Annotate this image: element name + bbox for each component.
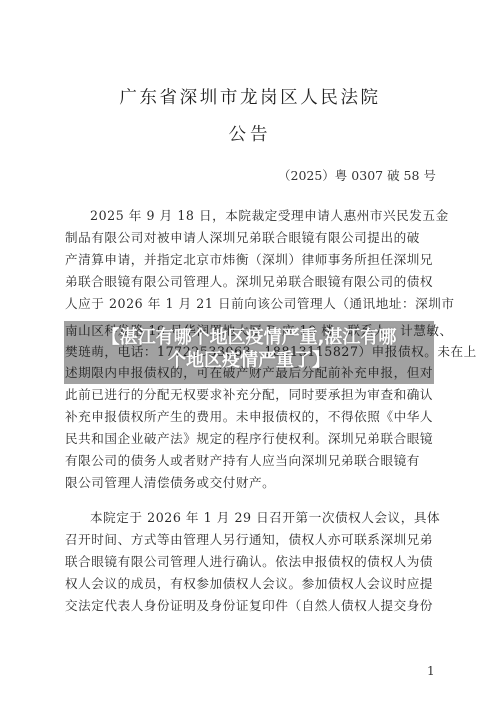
- body-line: 人应于 2026 年 1 月 21 日前向该公司管理人（通讯地址：深圳市: [65, 293, 455, 315]
- case-number: （2025）粤 0307 破 58 号: [278, 166, 436, 184]
- body-line: 联合眼镜有限公司管理人进行确认。依法申报债权的债权人为债: [65, 551, 433, 573]
- body-line: 本院定于 2026 年 1 月 29 日召开第一次债权人会议，具体: [90, 507, 440, 529]
- body-line: 限公司管理人清偿债务或交付财产。: [65, 472, 275, 494]
- body-line: 召开时间、方式等由管理人另行通知，债权人亦可联系深圳兄弟: [65, 529, 433, 551]
- body-line: 2025 年 9 月 18 日，本院裁定受理申请人惠州市兴民发五金: [90, 205, 449, 227]
- body-line: 补充申报债权所产生的费用。未申报债权的，不得依照《中华人: [65, 406, 433, 428]
- headline-line-2: 个地区疫情严重了】: [64, 349, 434, 372]
- body-line: 产清算申请，并指定北京市炜衡（深圳）律师事务所担任深圳兄: [65, 249, 433, 271]
- body-line: 权人会议的成员，有权参加债权人会议。参加债权人会议时应提: [65, 573, 433, 595]
- court-name: 广东省深圳市龙岗区人民法院: [0, 84, 500, 109]
- body-line: 制品有限公司对被申请人深圳兄弟联合眼镜有限公司提出的破: [65, 227, 420, 249]
- body-line: 交法定代表人身份证明及身份证复印件（自然人债权人提交身份: [65, 595, 433, 617]
- body-line: 有限公司的债务人或者财产持有人应当向深圳兄弟联合眼镜有: [65, 450, 420, 472]
- headline-line-1: 【湛江有哪个地区疫情严重,湛江有哪: [64, 326, 434, 349]
- overlay-headline: 【湛江有哪个地区疫情严重,湛江有哪 个地区疫情严重了】: [64, 326, 434, 372]
- page-number: 1: [427, 664, 435, 678]
- notice-title: 公告: [0, 121, 500, 146]
- body-line: 民共和国企业破产法》规定的程序行使权利。深圳兄弟联合眼镜: [65, 428, 433, 450]
- body-line: 此前已进行的分配无权要求补充分配，同时要承担为审查和确认: [65, 384, 433, 406]
- headline-overlay-banner: 南山区科发路 19 号华润置地大厦 D 座 10 楼，联系人：计慧敏、 樊琏萌，…: [64, 321, 434, 384]
- body-line: 弟联合眼镜有限公司管理人。深圳兄弟联合眼镜有限公司的债权: [65, 271, 433, 293]
